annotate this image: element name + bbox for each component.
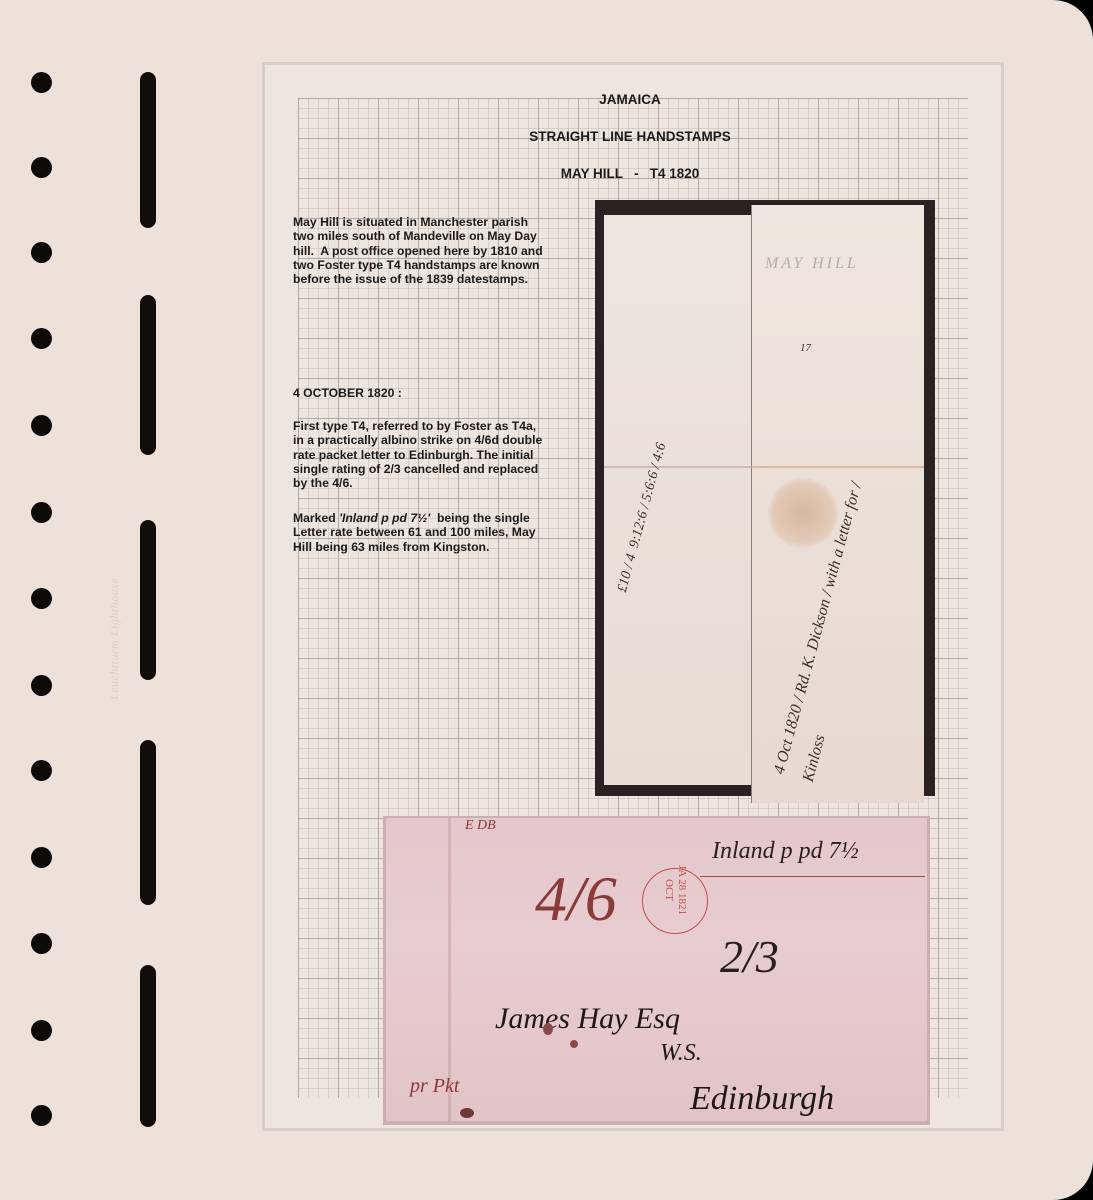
description-line: First type T4, referred to by Foster as …: [293, 419, 573, 433]
binder-hole: [31, 415, 52, 436]
ink-blot: [460, 1108, 474, 1118]
addressee: James Hay Esq: [495, 1002, 680, 1036]
subject-title: STRAIGHT LINE HANDSTAMPS: [480, 129, 780, 144]
binder-slot: [140, 520, 156, 680]
binder-hole: [31, 72, 52, 93]
binder-hole: [31, 242, 52, 263]
binder-hole: [31, 157, 52, 178]
intro-line: before the issue of the 1839 datestamps.: [293, 272, 573, 286]
marking-line: Letter rate between 61 and 100 miles, Ma…: [293, 525, 573, 539]
binder-slot: [140, 72, 156, 228]
entry-description: First type T4, referred to by Foster as …: [293, 419, 573, 490]
intro-line: two Foster type T4 handstamps are known: [293, 258, 573, 272]
rate-4-6: 4/6: [535, 862, 617, 936]
albino-handstamp: MAY HILL: [765, 255, 859, 273]
entry-date: 4 OCTOBER 1820 :: [293, 386, 573, 400]
binder-hole: [31, 502, 52, 523]
binder-hole: [31, 675, 52, 696]
top-mark: E DB: [465, 818, 496, 834]
cover-back-left-panel: [604, 215, 759, 785]
marking-first-line: Marked 'Inland p pd 7½' being the single: [293, 511, 573, 525]
album-brand-watermark: Leuchtturm Lighthouse: [107, 500, 127, 700]
underline-rule: [700, 876, 925, 877]
small-mark: 17: [800, 342, 811, 354]
binder-slot: [140, 295, 156, 455]
inland-marking: Inland p pd 7½: [712, 838, 859, 865]
intro-line: May Hill is situated in Manchester paris…: [293, 215, 573, 229]
brand-text: Leuchtturm Lighthouse: [107, 500, 122, 700]
binder-slot: [140, 740, 156, 905]
binder-hole: [31, 1020, 52, 1041]
description-line: in a practically albino strike on 4/6d d…: [293, 433, 573, 447]
red-datestamp: JA 28 1821 OCT: [642, 868, 708, 934]
intro-line: two miles south of Mandeville on May Day: [293, 229, 573, 243]
ink-spot: [570, 1040, 578, 1048]
cancelled-rate: 2/3: [720, 930, 779, 983]
binder-hole: [31, 328, 52, 349]
ink-spot: [543, 1023, 553, 1035]
description-line: single rating of 2/3 cancelled and repla…: [293, 462, 573, 476]
description-line: rate packet letter to Edinburgh. The ini…: [293, 448, 573, 462]
intro-paragraph: May Hill is situated in Manchester paris…: [293, 215, 573, 286]
binder-slot: [140, 965, 156, 1127]
binder-hole: [31, 847, 52, 868]
binder-hole: [31, 1105, 52, 1126]
binder-hole: [31, 588, 52, 609]
binder-hole: [31, 760, 52, 781]
marking-paragraph: Marked 'Inland p pd 7½' being the single…: [293, 511, 573, 554]
intro-line: hill. A post office opened here by 1810 …: [293, 244, 573, 258]
marking-line: Hill being 63 miles from Kingston.: [293, 540, 573, 554]
address-line: W.S.: [660, 1040, 702, 1067]
description-line: by the 4/6.: [293, 476, 573, 490]
destination-city: Edinburgh: [690, 1080, 834, 1118]
subtitle: MAY HILL - T4 1820: [480, 166, 780, 181]
album-page: Leuchtturm Lighthouse JAMAICA STRAIGHT L…: [0, 0, 1093, 1200]
binder-hole: [31, 933, 52, 954]
packet-endorsement: pr Pkt: [410, 1075, 459, 1098]
country-title: JAMAICA: [480, 92, 780, 107]
marking-quote: 'Inland p pd 7½': [339, 511, 430, 525]
